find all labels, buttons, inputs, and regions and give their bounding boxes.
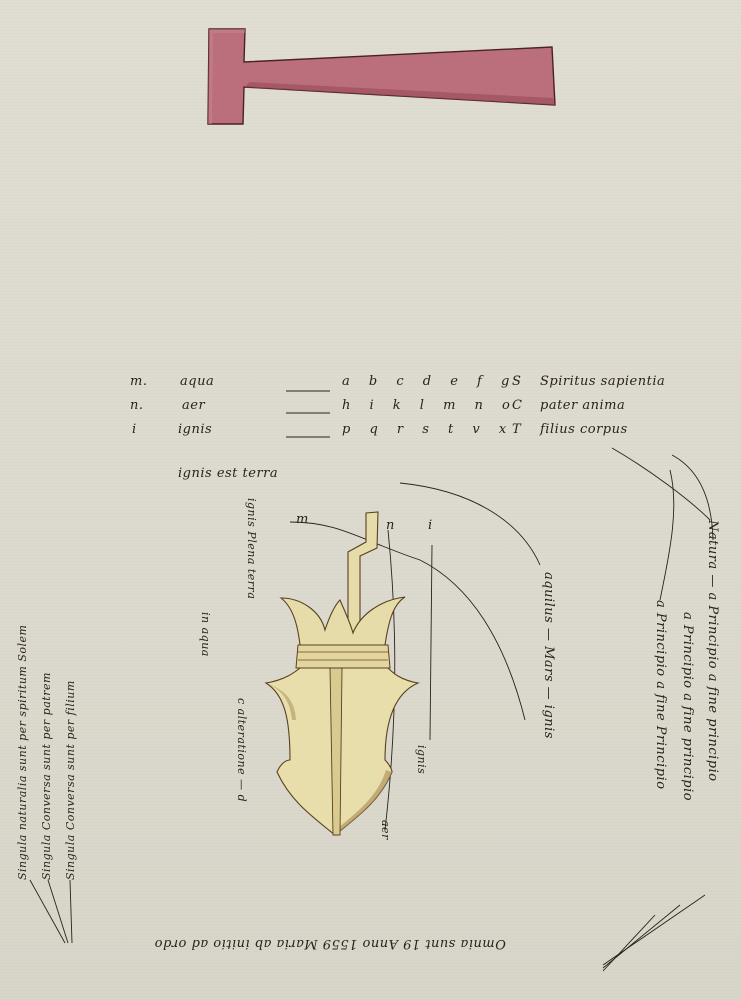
note-left-inner-3: c alteratione — d bbox=[235, 698, 248, 802]
note-mid-ignis: ignis bbox=[415, 745, 428, 774]
row-right-text: filius corpus bbox=[540, 422, 628, 437]
emblem-label-n: n bbox=[386, 518, 395, 533]
row-label: n. bbox=[130, 398, 144, 413]
emblem-label-i: i bbox=[428, 518, 433, 533]
initial-letter-t-icon bbox=[208, 29, 555, 124]
note-left-inner-2: in aqua bbox=[199, 612, 212, 657]
page-artwork bbox=[0, 0, 741, 1000]
row-label: m. bbox=[130, 374, 147, 389]
row-right-mark: S bbox=[512, 374, 521, 389]
emblem-label-m: m bbox=[296, 512, 309, 527]
note-left-inner-1: ignis Plena terra bbox=[245, 498, 258, 599]
manuscript-page: m. aqua a b c d e f g S Spiritus sapient… bbox=[0, 0, 741, 1000]
left-margin-line-1: Singula naturalia sunt per spiritum Sole… bbox=[16, 625, 29, 880]
row-right-text: pater anima bbox=[540, 398, 625, 413]
note-mid-aer: aer bbox=[379, 820, 392, 840]
note-right-col-2: a Principio a fine principio bbox=[680, 612, 695, 801]
note-right-center: aquilus — Mars — ignis bbox=[541, 572, 556, 739]
row-label: i bbox=[132, 422, 137, 437]
heraldic-emblem-icon bbox=[266, 512, 418, 835]
row-letters: a b c d e f g bbox=[342, 374, 510, 389]
note-right-col-3: a Principio a fine Principio bbox=[653, 600, 668, 790]
left-margin-line-3: Singula Conversa sunt per filium bbox=[64, 680, 77, 880]
note-right-col-1: Natura — a Principio a fine principio bbox=[705, 520, 720, 782]
row-element: ignis bbox=[178, 422, 212, 437]
row-right-text: Spiritus sapientia bbox=[540, 374, 665, 389]
row-element: aqua bbox=[180, 374, 214, 389]
table-footer: ignis est terra bbox=[178, 466, 278, 481]
row-right-mark: C bbox=[512, 398, 522, 413]
row-letters: p q r s t v x bbox=[342, 422, 507, 437]
bottom-inverted-line: Omnia sunt 19 Anno 1559 Maria ab initio … bbox=[60, 936, 600, 951]
row-right-mark: T bbox=[512, 422, 521, 437]
left-margin-line-2: Singula Conversa sunt per patrem bbox=[40, 672, 53, 880]
row-letters: h i k l m n o bbox=[342, 398, 510, 413]
row-element: aer bbox=[182, 398, 205, 413]
